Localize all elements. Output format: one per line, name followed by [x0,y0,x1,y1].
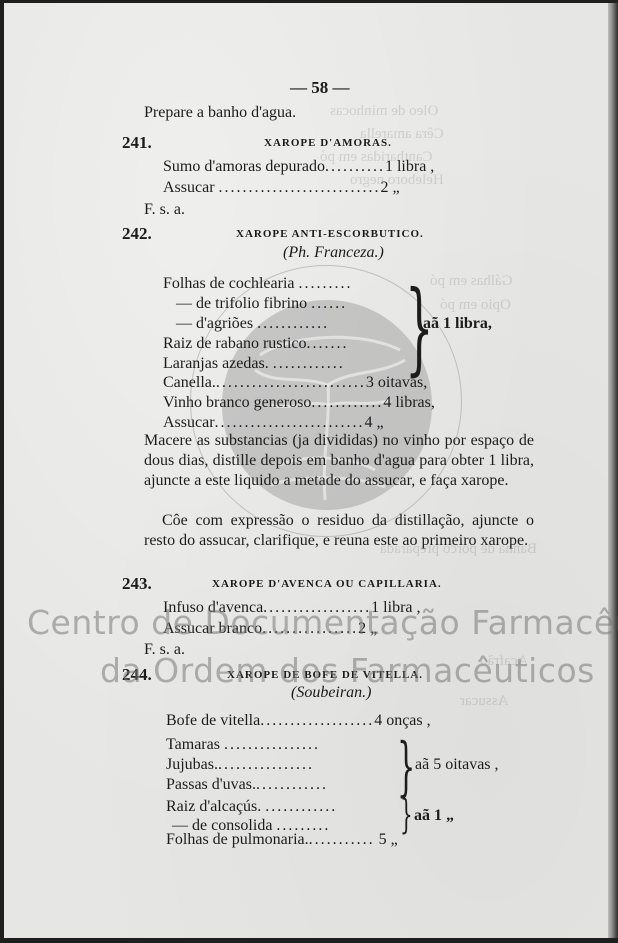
ingredient-row: Jujubas................. [166,755,314,775]
leader-dots: ......... [299,275,353,292]
ingredient-name: Raiz d'alcaçús. [166,798,261,815]
group-quantity: aã 5 oitavas , [415,755,499,775]
recipe-title: XAROPE ANTI-ESCORBUTICO. [236,228,424,240]
ingredient-row: — d'agriões ............ [176,314,329,334]
leader-dots: ........... [309,831,375,848]
watermark-line-2: da Ordem dos Farmacêuticos [100,651,595,690]
ingredient-qty: 2 „ [381,179,400,196]
intro-line: Prepare a banho d'agua. [144,103,296,123]
recipe-source: (Ph. Franceza.) [283,244,384,262]
ingredient-row: Raiz d'alcaçús. ............ [166,797,337,817]
ingredient-name: Assucar [163,414,215,431]
ingredient-name: Bofe de vitella [166,712,260,729]
leader-dots: ................ [224,736,320,753]
ingredient-qty: 3 oitavas, [366,374,427,391]
leader-dots: ................ [218,756,314,773]
ingredient-row: Vinho branco generoso............4 libra… [163,393,435,413]
bleed-through-text: Assucar [460,690,508,712]
leader-dots: .......... [325,158,385,175]
ingredient-name: Vinho branco generoso [163,394,311,411]
ingredient-name: Sumo d'amoras depurado [163,158,325,175]
leader-dots: ............ [311,394,383,411]
ingredient-name: Passas d'uvas. [166,776,256,793]
page-edge [608,3,618,938]
ingredient-qty: 5 „ [379,831,398,848]
leader-dots: ............ [257,315,329,332]
ingredient-name: Laranjas azedas. [163,355,269,372]
leader-dots: ......................... [215,414,365,431]
group-quantity: aã 1 „ [414,806,454,826]
instruction-paragraph: Côe com expressão o residuo da distillaç… [144,511,534,551]
ingredient-name: Jujubas. [166,756,218,773]
ingredient-qty: 1 libra , [385,158,434,175]
ingredient-name: Canella. [163,374,216,391]
leader-dots: ............ [265,798,337,815]
watermark-line-1: Centro de Documentação Farmacêutica [27,603,618,642]
ingredient-row: Passas d'uvas............. [166,775,328,795]
group-quantity: aã 1 libra, [423,314,492,334]
recipe-number: 241. [122,133,152,153]
ingredient-row: Bofe de vitella...................4 onça… [166,711,431,731]
ingredient-name: Folhas de cochlearia [163,275,295,292]
ingredient-row: Assucar.........................4 „ [163,413,384,433]
bleed-through-text: Opio em pó [440,294,511,316]
grouping-brace: } [400,795,413,835]
bleed-through-text: Oleo de minhocas [330,100,438,122]
ingredient-row: Sumo d'amoras depurado..........1 libra … [163,157,434,177]
recipe-number: 243. [122,574,152,594]
leader-dots: ....... [307,335,349,352]
closing-note: F. s. a. [144,200,185,220]
ingredient-row: Assucar ...........................2 „ [163,178,400,198]
ingredient-name: Raiz de rabano rustico [163,335,307,352]
ingredient-row: Folhas de pulmonaria............ 5 „ [166,830,398,850]
ingredient-qty: 4 libras, [383,394,435,411]
grouping-brace: } [397,735,415,799]
leader-dots: ................... [260,712,374,729]
ingredient-row: Raiz de rabano rustico....... [163,334,349,354]
leader-dots: ...... [311,295,347,312]
ingredient-name: — d'agriões [176,315,253,332]
ingredient-row: Canella..........................3 oitav… [163,373,427,393]
leader-dots: ......................... [216,374,366,391]
ingredient-row: — de trifolio fibrino ...... [176,294,347,314]
ingredient-row: Folhas de cochlearia ......... [163,274,353,294]
recipe-number: 242. [122,224,152,244]
ingredient-row: Laranjas azedas. ............ [163,354,345,374]
ingredient-name: Assucar [163,179,215,196]
leader-dots: ............ [256,776,328,793]
instruction-paragraph: Macere as substancias (ja divididas) no … [144,431,534,491]
page-number: — 58 — [290,78,350,98]
bleed-through-text: Gálhas em pó [430,270,512,292]
ingredient-row: Tamaras ................ [166,735,320,755]
ingredient-name: Tamaras [166,736,220,753]
ingredient-name: — de trifolio fibrino [176,295,307,312]
leader-dots: ............ [273,355,345,372]
recipe-title: XAROPE D'AMORAS. [264,137,392,149]
ingredient-qty: 4 „ [365,414,384,431]
recipe-title: XAROPE D'AVENCA OU CAPILLARIA. [212,578,442,590]
ingredient-qty: 4 onças , [374,712,430,729]
ingredient-name: Folhas de pulmonaria. [166,831,309,848]
leader-dots: ........................... [219,179,381,196]
